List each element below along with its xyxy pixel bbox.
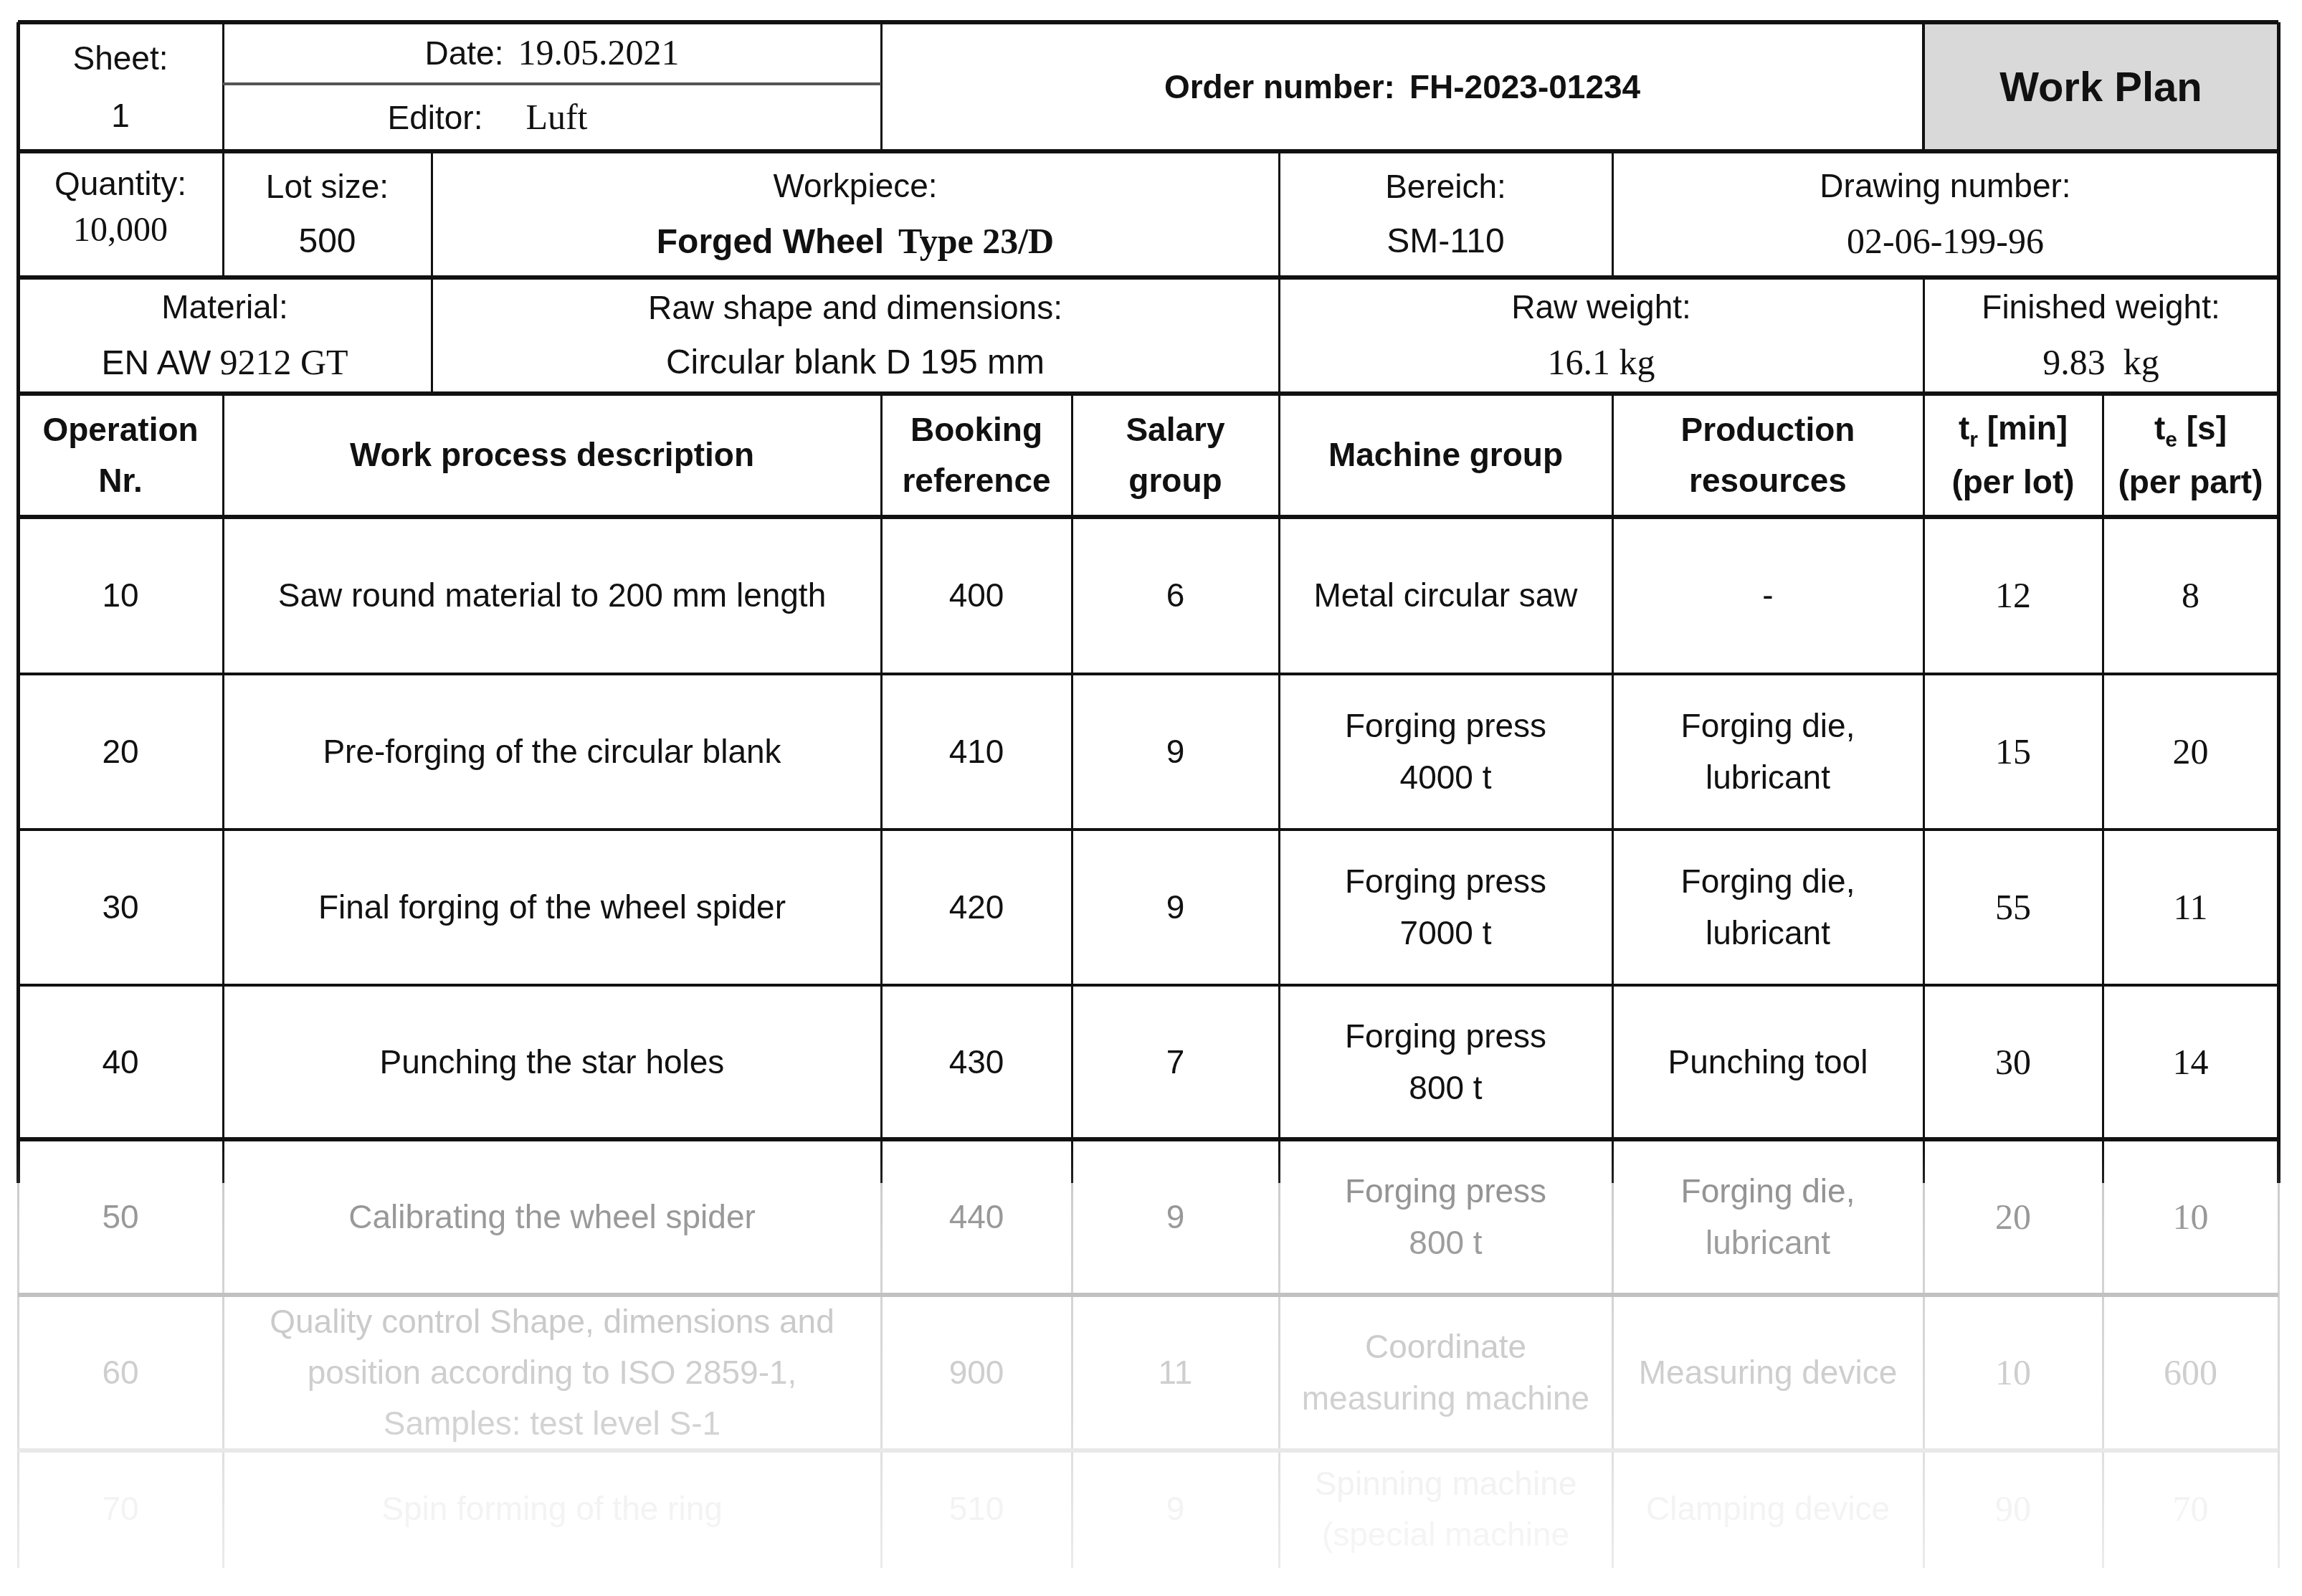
workpiece-type: Type 23/D: [898, 221, 1054, 262]
cell-text: 4000 t: [1400, 752, 1492, 803]
divider: [18, 391, 2278, 396]
drawing-number-label: Drawing number:: [1820, 167, 2070, 205]
divider: [223, 82, 881, 85]
table-cell-tr-min-per-lot: 15: [1923, 674, 2103, 830]
column-header-line2: group: [1128, 455, 1222, 506]
cell-text: -: [1762, 570, 1773, 621]
divider: [1923, 277, 1925, 394]
divider: [1612, 394, 1614, 1183]
column-header-line2: reference: [902, 455, 1050, 506]
cell-text: Forging die,: [1681, 856, 1855, 907]
table-cell-machine-group: Forging press800 t: [1279, 1139, 1612, 1295]
cell-text: Forging press: [1345, 1166, 1546, 1217]
divider: [18, 149, 2278, 153]
cell-text: 430: [949, 1037, 1004, 1088]
bereich-label: Bereich:: [1385, 168, 1506, 206]
table-cell-salary-group: 9: [1072, 830, 1279, 985]
cell-text: 6: [1166, 570, 1185, 621]
work-plan-sheet: Sheet: 1 Date: 19.05.2021 Editor: Luft O…: [0, 0, 2302, 1596]
cell-text: 410: [949, 726, 1004, 777]
cell-text: 15: [1995, 724, 2031, 780]
cell-text: 400: [949, 570, 1004, 621]
divider: [1278, 151, 1280, 277]
cell-text: 10: [2173, 1189, 2209, 1245]
table-cell-salary-group: 9: [1072, 1139, 1279, 1295]
cell-text: 420: [949, 882, 1004, 933]
raw-shape-cell: Raw shape and dimensions: Circular blank…: [432, 277, 1279, 394]
table-cell-salary-group: 6: [1072, 517, 1279, 674]
cell-text: 7000 t: [1400, 908, 1492, 959]
divider: [1071, 394, 1073, 1183]
divider: [1278, 1183, 1280, 1568]
table-cell-production-resources: Forging die,lubricant: [1612, 1139, 1923, 1295]
table-cell-booking-reference: 440: [881, 1139, 1072, 1295]
cell-text: 9: [1166, 1192, 1185, 1243]
divider: [18, 1137, 2278, 1141]
table-cell-te-s-per-part: 14: [2103, 985, 2278, 1139]
divider: [222, 394, 224, 1183]
table-cell-booking-reference: 900: [881, 1295, 1072, 1450]
cell-text: Forging press: [1345, 856, 1546, 907]
material-prefix: EN AW: [101, 343, 211, 383]
table-cell-machine-group: Forging press4000 t: [1279, 674, 1612, 830]
cell-text: Punching the star holes: [380, 1037, 725, 1088]
cell-text: 8: [2182, 568, 2199, 624]
raw-weight-cell: Raw weight: 16.1 kg: [1279, 277, 1923, 394]
column-header-salary-group: Salarygroup: [1072, 394, 1279, 517]
raw-weight-label: Raw weight:: [1511, 288, 1691, 326]
table-cell-work-process-description: Saw round material to 200 mm length: [223, 517, 881, 674]
divider: [18, 20, 2278, 24]
table-cell-te-s-per-part: 11: [2103, 830, 2278, 985]
sheet-cell: Sheet: 1: [18, 22, 223, 151]
divider: [1071, 1183, 1073, 1568]
workpiece-label: Workpiece:: [773, 167, 937, 205]
divider: [222, 1183, 224, 1568]
column-header-production-resources: Productionresources: [1612, 394, 1923, 517]
cell-text: 30: [1995, 1035, 2031, 1091]
cell-text: Forging press: [1345, 700, 1546, 751]
column-header-line2: (per lot): [1951, 457, 2074, 508]
table-cell-production-resources: Forging die,lubricant: [1612, 674, 1923, 830]
table-cell-tr-min-per-lot: 30: [1923, 985, 2103, 1139]
column-header-line1: Work process description: [350, 429, 754, 480]
column-header-subscript: e: [2165, 428, 2177, 452]
order-number-value: FH-2023-01234: [1409, 67, 1640, 106]
table-cell-salary-group: 9: [1072, 1450, 1279, 1568]
divider: [17, 1183, 19, 1568]
cell-text: 10: [1995, 1345, 2031, 1401]
cell-text: Forging die,: [1681, 1166, 1855, 1217]
table-cell-production-resources: Clamping device: [1612, 1450, 1923, 1568]
finished-weight-value: 9.83 kg: [2042, 342, 2159, 384]
divider: [18, 1293, 2278, 1297]
divider: [2102, 1183, 2104, 1568]
column-header-line1: Salary: [1126, 404, 1224, 455]
divider: [1923, 1183, 1925, 1568]
raw-shape-value: Circular blank D 195 mm: [666, 343, 1045, 382]
divider: [16, 22, 20, 1183]
sheet-value: 1: [111, 97, 130, 135]
table-cell-work-process-description: Final forging of the wheel spider: [223, 830, 881, 985]
table-cell-machine-group: Spinning machine(special machine: [1279, 1450, 1612, 1568]
quantity-value: 10,000: [73, 210, 168, 250]
table-cell-salary-group: 9: [1072, 674, 1279, 830]
cell-text: Forging press: [1345, 1011, 1546, 1062]
column-header-line2: resources: [1689, 455, 1847, 506]
column-header-line1: Operation: [42, 404, 198, 455]
table-cell-operation-nr: 30: [18, 830, 223, 985]
cell-text: 11: [2173, 880, 2207, 936]
table-cell-tr-min-per-lot: 20: [1923, 1139, 2103, 1295]
column-header-operation-nr: OperationNr.: [18, 394, 223, 517]
quantity-cell: Quantity: 10,000: [18, 151, 223, 277]
column-header-line2: Nr.: [98, 455, 142, 506]
cell-text: 900: [949, 1347, 1004, 1398]
date-cell: Date: 19.05.2021: [223, 22, 881, 84]
table-cell-tr-min-per-lot: 12: [1923, 517, 2103, 674]
cell-text: 40: [102, 1037, 138, 1088]
cell-text: Final forging of the wheel spider: [318, 882, 786, 933]
divider: [880, 1183, 883, 1568]
order-number-label: Order number:: [1164, 67, 1395, 106]
page-title: Work Plan: [1999, 63, 2202, 111]
divider: [2278, 1183, 2280, 1568]
table-cell-operation-nr: 70: [18, 1450, 223, 1568]
cell-text: measuring machine: [1302, 1373, 1589, 1424]
table-cell-te-s-per-part: 600: [2103, 1295, 2278, 1450]
table-cell-work-process-description: Calibrating the wheel spider: [223, 1139, 881, 1295]
divider: [880, 22, 883, 151]
date-value: 19.05.2021: [518, 32, 679, 74]
divider: [18, 515, 2278, 519]
divider: [222, 22, 224, 151]
column-header-line1: Machine group: [1328, 429, 1563, 480]
table-cell-machine-group: Coordinatemeasuring machine: [1279, 1295, 1612, 1450]
cell-text: lubricant: [1706, 1217, 1830, 1268]
divider: [18, 673, 2278, 675]
cell-text: Metal circular saw: [1313, 570, 1577, 621]
bereich-value: SM-110: [1387, 222, 1505, 261]
divider: [2277, 22, 2280, 1183]
table-cell-te-s-per-part: 70: [2103, 1450, 2278, 1568]
cell-text: 600: [2164, 1345, 2217, 1401]
cell-text: Spin forming of the ring: [381, 1483, 723, 1534]
table-cell-te-s-per-part: 8: [2103, 517, 2278, 674]
table-cell-machine-group: Metal circular saw: [1279, 517, 1612, 674]
cell-text: 20: [1995, 1189, 2031, 1245]
finished-weight-cell: Finished weight: 9.83 kg: [1923, 277, 2278, 394]
table-cell-te-s-per-part: 20: [2103, 674, 2278, 830]
table-cell-production-resources: Forging die,lubricant: [1612, 830, 1923, 985]
editor-label: Editor:: [387, 99, 482, 137]
table-cell-work-process-description: Punching the star holes: [223, 985, 881, 1139]
drawing-number-value: 02-06-199-96: [1847, 221, 2044, 262]
cell-text: 50: [102, 1192, 138, 1243]
divider: [1612, 151, 1614, 277]
divider: [1612, 1183, 1614, 1568]
cell-text: Quality control Shape, dimensions and: [270, 1296, 834, 1347]
column-header-line1: Booking: [910, 404, 1042, 455]
table-cell-salary-group: 11: [1072, 1295, 1279, 1450]
cell-text: Spinning machine: [1315, 1458, 1577, 1509]
table-cell-booking-reference: 430: [881, 985, 1072, 1139]
cell-text: Forging die,: [1681, 700, 1855, 751]
cell-text: Calibrating the wheel spider: [348, 1192, 756, 1243]
divider: [18, 275, 2278, 280]
cell-text: 9: [1166, 726, 1185, 777]
cell-text: 440: [949, 1192, 1004, 1243]
divider: [1922, 22, 1925, 151]
table-cell-operation-nr: 60: [18, 1295, 223, 1450]
table-cell-work-process-description: Quality control Shape, dimensions andpos…: [223, 1295, 881, 1450]
cell-text: 20: [102, 726, 138, 777]
column-header-booking-reference: Bookingreference: [881, 394, 1072, 517]
cell-text: 9: [1166, 1483, 1185, 1534]
table-cell-machine-group: Forging press7000 t: [1279, 830, 1612, 985]
table-cell-operation-nr: 10: [18, 517, 223, 674]
table-cell-tr-min-per-lot: 90: [1923, 1450, 2103, 1568]
table-cell-operation-nr: 20: [18, 674, 223, 830]
table-cell-tr-min-per-lot: 55: [1923, 830, 2103, 985]
cell-text: 30: [102, 882, 138, 933]
editor-value: Luft: [525, 97, 587, 138]
divider: [18, 1448, 2278, 1453]
bereich-cell: Bereich: SM-110: [1279, 151, 1612, 277]
material-value: 9212 GT: [219, 342, 348, 384]
cell-text: 55: [1995, 880, 2031, 936]
cell-text: 70: [102, 1483, 138, 1534]
divider: [2102, 394, 2104, 1183]
table-cell-operation-nr: 50: [18, 1139, 223, 1295]
cell-text: 60: [102, 1347, 138, 1398]
column-header-line2: (per part): [2118, 457, 2263, 508]
cell-text: Samples: test level S-1: [384, 1398, 720, 1449]
lot-size-value: 500: [298, 222, 356, 261]
cell-text: 90: [1995, 1481, 2031, 1537]
table-cell-work-process-description: Pre-forging of the circular blank: [223, 674, 881, 830]
lot-size-cell: Lot size: 500: [223, 151, 432, 277]
cell-text: 7: [1166, 1037, 1185, 1088]
cell-text: position according to ISO 2859-1,: [308, 1347, 797, 1398]
table-cell-production-resources: Measuring device: [1612, 1295, 1923, 1450]
divider: [18, 984, 2278, 987]
lot-size-label: Lot size:: [266, 168, 389, 206]
cell-text: 11: [1159, 1347, 1193, 1398]
cell-text: 20: [2173, 724, 2209, 780]
table-cell-work-process-description: Spin forming of the ring: [223, 1450, 881, 1568]
divider: [18, 828, 2278, 831]
finished-weight-label: Finished weight:: [1982, 288, 2220, 326]
column-header-work-process-description: Work process description: [223, 394, 881, 517]
order-number-cell: Order number: FH-2023-01234: [881, 22, 1923, 151]
sheet-label: Sheet:: [73, 39, 168, 77]
table-cell-production-resources: -: [1612, 517, 1923, 674]
cell-text: 10: [102, 570, 138, 621]
raw-shape-label: Raw shape and dimensions:: [648, 289, 1062, 327]
cell-text: lubricant: [1706, 752, 1830, 803]
column-header-line1: tr [min]: [1959, 403, 2068, 457]
material-label: Material:: [161, 288, 287, 326]
table-cell-salary-group: 7: [1072, 985, 1279, 1139]
cell-text: 70: [2173, 1481, 2209, 1537]
table-cell-operation-nr: 40: [18, 985, 223, 1139]
divider: [1278, 394, 1280, 1183]
material-cell: Material: EN AW 9212 GT: [18, 277, 432, 394]
column-header-line1: Production: [1681, 404, 1855, 455]
editor-cell: Editor: Luft: [223, 84, 881, 151]
cell-text: Saw round material to 200 mm length: [278, 570, 827, 621]
column-header-te-s-per-part: te [s](per part): [2103, 394, 2278, 517]
table-cell-te-s-per-part: 10: [2103, 1139, 2278, 1295]
table-cell-tr-min-per-lot: 10: [1923, 1295, 2103, 1450]
divider: [1923, 394, 1925, 1183]
cell-text: Pre-forging of the circular blank: [323, 726, 781, 777]
raw-weight-value: 16.1 kg: [1548, 342, 1655, 384]
column-header-machine-group: Machine group: [1279, 394, 1612, 517]
work-plan-title-cell: Work Plan: [1923, 22, 2278, 151]
quantity-label: Quantity:: [54, 165, 186, 203]
column-header-tr-min-per-lot: tr [min](per lot): [1923, 394, 2103, 517]
workpiece-name: Forged Wheel: [657, 222, 884, 262]
cell-text: 14: [2173, 1035, 2209, 1091]
cell-text: lubricant: [1706, 908, 1830, 959]
divider: [880, 394, 883, 1183]
cell-text: 9: [1166, 882, 1185, 933]
drawing-number-cell: Drawing number: 02-06-199-96: [1612, 151, 2278, 277]
divider: [222, 151, 224, 277]
table-cell-machine-group: Forging press800 t: [1279, 985, 1612, 1139]
column-header-subscript: r: [1969, 428, 1978, 452]
divider: [431, 151, 433, 277]
cell-text: Measuring device: [1639, 1347, 1898, 1398]
cell-text: 510: [949, 1483, 1004, 1534]
cell-text: 800 t: [1409, 1063, 1482, 1113]
divider: [1278, 277, 1280, 394]
column-header-line1: te [s]: [2154, 403, 2227, 457]
cell-text: Clamping device: [1646, 1483, 1890, 1534]
cell-text: 12: [1995, 568, 2031, 624]
table-cell-booking-reference: 510: [881, 1450, 1072, 1568]
table-cell-booking-reference: 410: [881, 674, 1072, 830]
cell-text: 800 t: [1409, 1217, 1482, 1268]
date-label: Date:: [425, 34, 504, 72]
cell-text: Punching tool: [1668, 1037, 1868, 1088]
divider: [431, 277, 433, 394]
table-cell-booking-reference: 400: [881, 517, 1072, 674]
workpiece-cell: Workpiece: Forged Wheel Type 23/D: [432, 151, 1279, 277]
table-cell-production-resources: Punching tool: [1612, 985, 1923, 1139]
cell-text: Coordinate: [1365, 1321, 1526, 1372]
cell-text: (special machine: [1322, 1509, 1569, 1560]
table-cell-booking-reference: 420: [881, 830, 1072, 985]
